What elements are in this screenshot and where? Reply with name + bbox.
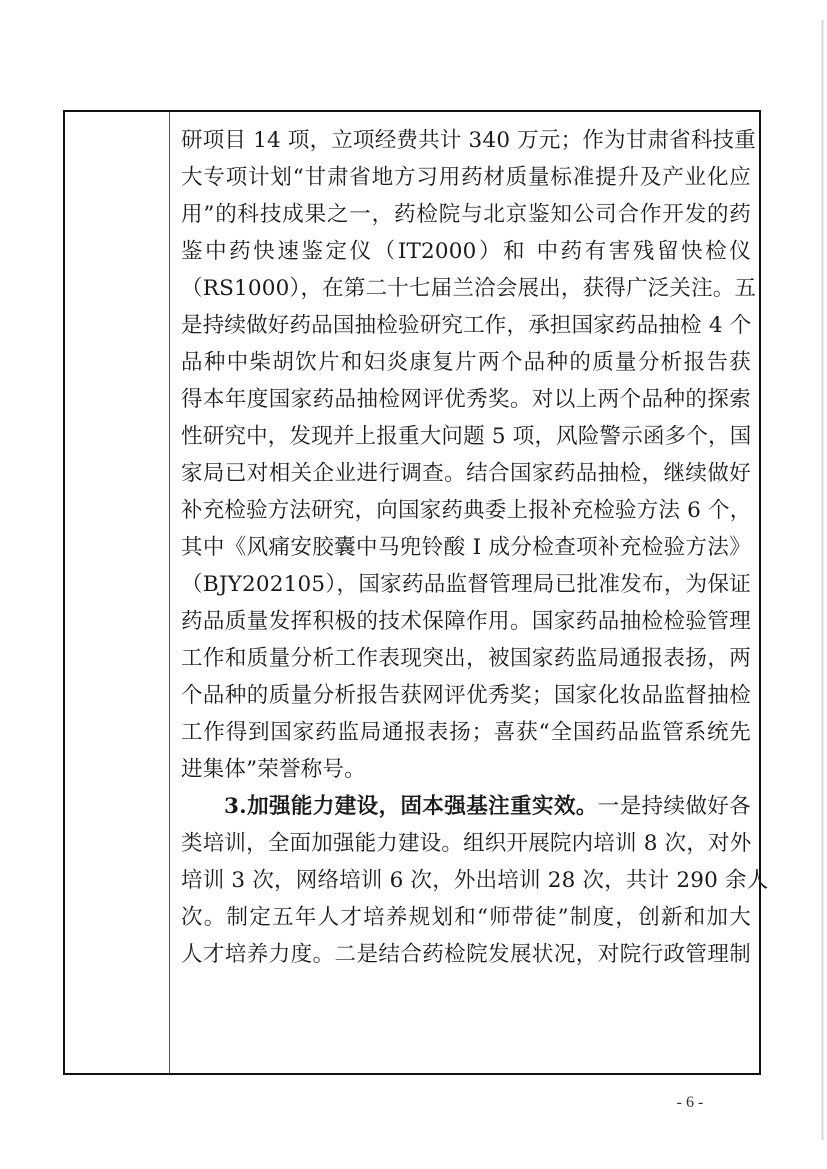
text-line: 培训 3 次，网络培训 6 次，外出培训 28 次，共计 290 余人 [181,862,751,899]
text-line: 其中《风痛安胶囊中马兜铃酸 I 成分检查项补充检验方法》 [181,529,751,566]
text-line: 大专项计划“甘肃省地方习用药材质量标准提升及产业化应 [181,159,751,196]
text-line: 研项目 14 项，立项经费共计 340 万元；作为甘肃省科技重 [181,122,751,159]
text-line: 个品种的质量分析报告获网评优秀奖；国家化妆品监督抽检 [181,677,751,714]
text-line: （BJY202105），国家药品监督管理局已批准发布，为保证 [181,566,751,603]
text-line: 药品质量发挥积极的技术保障作用。国家药品抽检检验管理 [181,603,751,640]
text-line: 工作和质量分析工作表现突出，被国家药监局通报表扬，两 [181,640,751,677]
content-column: 研项目 14 项，立项经费共计 340 万元；作为甘肃省科技重 大专项计划“甘肃… [170,112,759,1073]
text-line: （RS1000），在第二十七届兰洽会展出，获得广泛关注。五 [181,270,751,307]
text-line: 鉴中药快速鉴定仪（IT2000）和 中药有害残留快检仪 [181,233,751,270]
text-line: 用”的科技成果之一，药检院与北京鉴知公司合作开发的药 [181,196,751,233]
document-table: 研项目 14 项，立项经费共计 340 万元；作为甘肃省科技重 大专项计划“甘肃… [63,110,761,1075]
label-column [65,112,170,1073]
text-line: 类培训，全面加强能力建设。组织开展院内培训 8 次，对外 [181,825,751,862]
text-line: 性研究中，发现并上报重大问题 5 项，风险警示函多个，国 [181,418,751,455]
section-3-heading: 3.加强能力建设，固本强基注重实效。 [224,794,598,819]
text-line: 次。制定五年人才培养规划和“师带徒”制度，创新和加大 [181,899,751,936]
page-number: - 6 - [670,1094,710,1112]
text-line: 人才培养力度。二是结合药检院发展状况，对院行政管理制 [181,936,751,973]
section-3-first-line-text: 一是持续做好各 [598,794,751,819]
scan-edge [821,20,824,1140]
text-line: 家局已对相关企业进行调查。结合国家药品抽检，继续做好 [181,455,751,492]
text-line: 得本年度国家药品抽检网评优秀奖。对以上两个品种的探索 [181,381,751,418]
text-line: 是持续做好药品国抽检验研究工作，承担国家药品抽检 4 个 [181,307,751,344]
text-line: 工作得到国家药监局通报表扬；喜获“全国药品监管系统先 [181,714,751,751]
text-line: 品种中柴胡饮片和妇炎康复片两个品种的质量分析报告获 [181,344,751,381]
section-3-first-line: 3.加强能力建设，固本强基注重实效。一是持续做好各 [181,788,751,825]
text-line: 进集体”荣誉称号。 [181,751,751,788]
text-line: 补充检验方法研究，向国家药典委上报补充检验方法 6 个， [181,492,751,529]
